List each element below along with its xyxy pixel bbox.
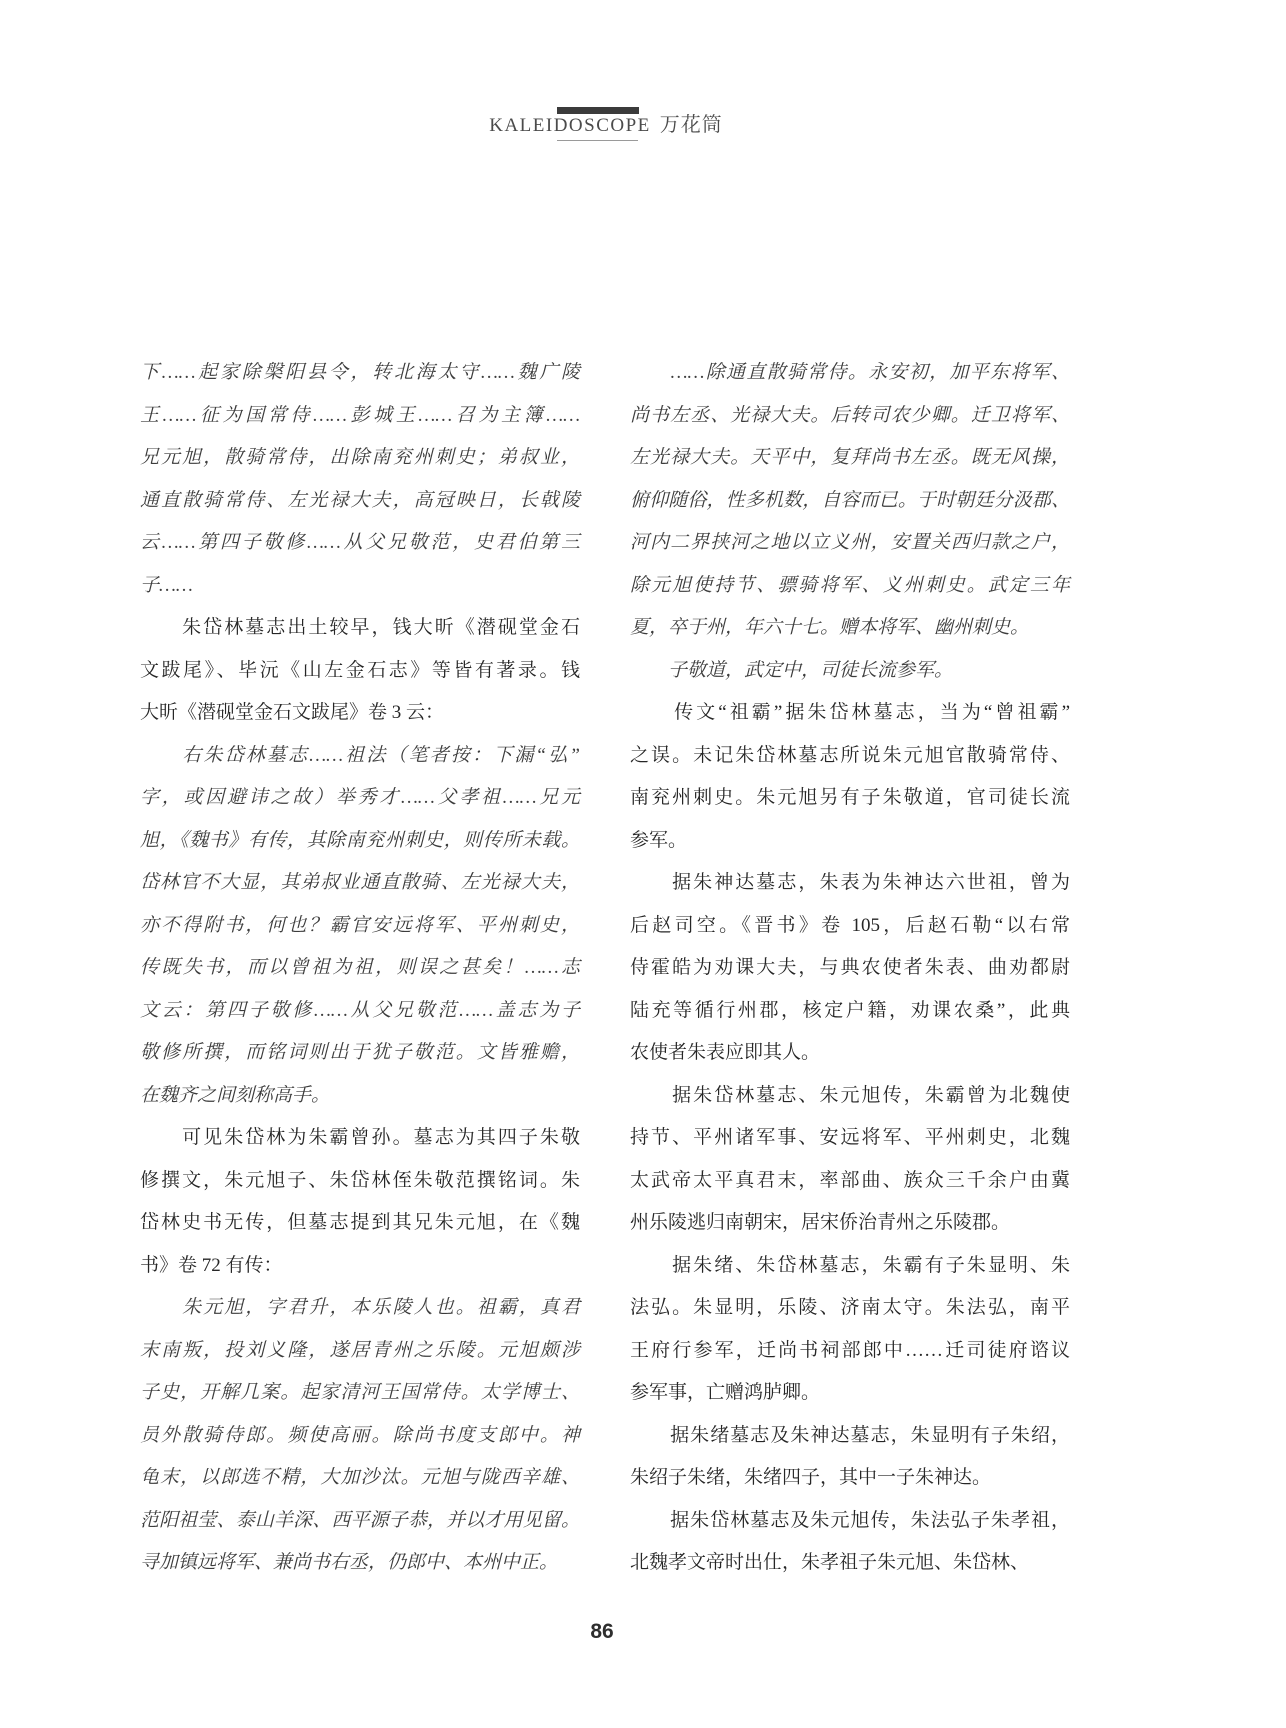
text-line: 字，或因避讳之故）举秀才……父孝祖……兄元	[140, 777, 580, 820]
text-line: 通直散骑常侍、左光禄大夫，高冠映日，长戟陵	[140, 480, 580, 523]
text-line: 传既失书，而以曾祖为祖，则误之甚矣！……志	[140, 947, 580, 990]
text-line: 持节、平州诸军事、安远将军、平州刺史，北魏	[630, 1117, 1070, 1160]
text-line: 大昕《潜砚堂金石文跋尾》卷 3 云：	[140, 692, 580, 735]
paragraph: 朱岱林墓志出土较早，钱大昕《潜砚堂金石文跋尾》、毕沅《山左金石志》等皆有著录。钱…	[140, 607, 580, 735]
header-underline	[557, 140, 638, 141]
text-line: 末南叛，投刘义隆，遂居青州之乐陵。元旭颇涉	[140, 1330, 580, 1373]
text-line: 敬修所撰，而铭词则出于犹子敬范。文皆雅赡，	[140, 1032, 580, 1075]
text-line: 农使者朱表应即其人。	[630, 1032, 1070, 1075]
text-line: 朱绍子朱绪，朱绪四子，其中一子朱神达。	[630, 1457, 1070, 1500]
paragraph: 据朱岱林墓志及朱元旭传，朱法弘子朱孝祖，北魏孝文帝时出仕，朱孝祖子朱元旭、朱岱林…	[630, 1500, 1070, 1585]
paragraph: 可见朱岱林为朱霸曾孙。墓志为其四子朱敬修撰文，朱元旭子、朱岱林侄朱敬范撰铭词。朱…	[140, 1117, 580, 1287]
text-line: 参军。	[630, 820, 1070, 863]
text-line: 兄元旭，散骑常侍，出除南兖州刺史；弟叔业，	[140, 437, 580, 480]
text-line: 岱林史书无传，但墓志提到其兄朱元旭，在《魏	[140, 1202, 580, 1245]
text-line: 子……	[140, 565, 580, 608]
journal-page: KALEIDOSCOPE万花筒 下……起家除槃阳县令，转北海太守……魏广陵王………	[0, 0, 1286, 1728]
text-line: 在魏齐之间刻称高手。	[140, 1075, 580, 1118]
paragraph: 传文“祖霸”据朱岱林墓志，当为“曾祖霸”之误。未记朱岱林墓志所说朱元旭官散骑常侍…	[630, 692, 1070, 862]
paragraph: 据朱绪、朱岱林墓志，朱霸有子朱显明、朱法弘。朱显明，乐陵、济南太守。朱法弘，南平…	[630, 1245, 1070, 1415]
text-line: 据朱岱林墓志及朱元旭传，朱法弘子朱孝祖，	[630, 1500, 1070, 1543]
text-line: 子史，开解几案。起家清河王国常侍。太学博士、	[140, 1372, 580, 1415]
text-line: 亦不得附书，何也？霸官安远将军、平州刺史，	[140, 905, 580, 948]
text-line: 据朱神达墓志，朱表为朱神达六世祖，曾为	[630, 862, 1070, 905]
text-line: 据朱岱林墓志、朱元旭传，朱霸曾为北魏使	[630, 1075, 1070, 1118]
journal-section-title: KALEIDOSCOPE万花筒	[489, 111, 723, 140]
text-line: 朱元旭，字君升，本乐陵人也。祖霸，真君	[140, 1287, 580, 1330]
paragraph: 朱元旭，字君升，本乐陵人也。祖霸，真君末南叛，投刘义隆，遂居青州之乐陵。元旭颇涉…	[140, 1287, 580, 1585]
text-line: 龟末，以郎选不精，大加沙汰。元旭与陇西辛雄、	[140, 1457, 580, 1500]
text-line: 尚书左丞、光禄大夫。后转司农少卿。迁卫将军、	[630, 395, 1070, 438]
text-line: ……除通直散骑常侍。永安初，加平东将军、	[630, 352, 1070, 395]
text-line: 据朱绪、朱岱林墓志，朱霸有子朱显明、朱	[630, 1245, 1070, 1288]
text-line: 范阳祖莹、泰山羊深、西平源子恭，并以才用见留。	[140, 1500, 580, 1543]
paragraph: 下……起家除槃阳县令，转北海太守……魏广陵王……征为国常侍……彭城王……召为主簿…	[140, 352, 580, 607]
text-line: 法弘。朱显明，乐陵、济南太守。朱法弘，南平	[630, 1287, 1070, 1330]
column-right: ……除通直散骑常侍。永安初，加平东将军、尚书左丞、光禄大夫。后转司农少卿。迁卫将…	[630, 352, 1070, 1585]
text-line: 侍霍皓为劝课大夫，与典农使者朱表、曲劝都尉	[630, 947, 1070, 990]
text-line: 文云：第四子敬修……从父兄敬范……盖志为子	[140, 990, 580, 1033]
text-line: 员外散骑侍郎。频使高丽。除尚书度支郎中。神	[140, 1415, 580, 1458]
page-number: 86	[590, 1620, 613, 1644]
column-left: 下……起家除槃阳县令，转北海太守……魏广陵王……征为国常侍……彭城王……召为主簿…	[140, 352, 580, 1585]
paragraph: 右朱岱林墓志……祖法（笔者按：下漏“弘”字，或因避讳之故）举秀才……父孝祖……兄…	[140, 735, 580, 1118]
text-line: 岱林官不大显，其弟叔业通直散骑、左光禄大夫，	[140, 862, 580, 905]
text-line: 之误。未记朱岱林墓志所说朱元旭官散骑常侍、	[630, 735, 1070, 778]
paragraph: 据朱岱林墓志、朱元旭传，朱霸曾为北魏使持节、平州诸军事、安远将军、平州刺史，北魏…	[630, 1075, 1070, 1245]
text-line: 除元旭使持节、骠骑将军、义州刺史。武定三年	[630, 565, 1070, 608]
paragraph: 子敬道，武定中，司徒长流参军。	[630, 650, 1070, 693]
section-title-chinese: 万花筒	[660, 114, 723, 136]
text-line: 文跋尾》、毕沅《山左金石志》等皆有著录。钱	[140, 650, 580, 693]
text-line: 旭，《魏书》有传，其除南兖州刺史，则传所未载。	[140, 820, 580, 863]
text-line: 书》卷 72 有传：	[140, 1245, 580, 1288]
text-line: 州乐陵逃归南朝宋，居宋侨治青州之乐陵郡。	[630, 1202, 1070, 1245]
text-line: 下……起家除槃阳县令，转北海太守……魏广陵	[140, 352, 580, 395]
text-line: 朱岱林墓志出土较早，钱大昕《潜砚堂金石	[140, 607, 580, 650]
text-line: 王府行参军，迁尚书祠部郎中……迁司徒府谘议	[630, 1330, 1070, 1373]
paragraph: 据朱绪墓志及朱神达墓志，朱显明有子朱绍，朱绍子朱绪，朱绪四子，其中一子朱神达。	[630, 1415, 1070, 1500]
text-line: 可见朱岱林为朱霸曾孙。墓志为其四子朱敬	[140, 1117, 580, 1160]
text-line: 俯仰随俗，性多机数，自容而已。于时朝廷分汲郡、	[630, 480, 1070, 523]
text-line: 左光禄大夫。天平中，复拜尚书左丞。既无风操，	[630, 437, 1070, 480]
text-line: 夏，卒于州，年六十七。赠本将军、幽州刺史。	[630, 607, 1070, 650]
text-line: 子敬道，武定中，司徒长流参军。	[630, 650, 1070, 693]
paragraph: 据朱神达墓志，朱表为朱神达六世祖，曾为后赵司空。《晋书》卷 105，后赵石勒“以…	[630, 862, 1070, 1075]
section-title-english: KALEIDOSCOPE	[489, 115, 651, 136]
text-line: 寻加镇远将军、兼尚书右丞，仍郎中、本州中正。	[140, 1542, 580, 1585]
text-line: 王……征为国常侍……彭城王……召为主簿……	[140, 395, 580, 438]
text-line: 传文“祖霸”据朱岱林墓志，当为“曾祖霸”	[630, 692, 1070, 735]
text-line: 云……第四子敬修……从父兄敬范，史君伯第三	[140, 522, 580, 565]
text-line: 修撰文，朱元旭子、朱岱林侄朱敬范撰铭词。朱	[140, 1160, 580, 1203]
text-line: 参军事，亡赠鸿胪卿。	[630, 1372, 1070, 1415]
text-line: 南兖州刺史。朱元旭另有子朱敬道，官司徒长流	[630, 777, 1070, 820]
text-line: 太武帝太平真君末，率部曲、族众三千余户由冀	[630, 1160, 1070, 1203]
text-line: 据朱绪墓志及朱神达墓志，朱显明有子朱绍，	[630, 1415, 1070, 1458]
text-line: 北魏孝文帝时出仕，朱孝祖子朱元旭、朱岱林、	[630, 1542, 1070, 1585]
text-line: 陆充等循行州郡，核定户籍，劝课农桑”，此典	[630, 990, 1070, 1033]
text-line: 河内二界挟河之地以立义州，安置关西归款之户，	[630, 522, 1070, 565]
paragraph: ……除通直散骑常侍。永安初，加平东将军、尚书左丞、光禄大夫。后转司农少卿。迁卫将…	[630, 352, 1070, 650]
text-line: 后赵司空。《晋书》卷 105，后赵石勒“以右常	[630, 905, 1070, 948]
text-line: 右朱岱林墓志……祖法（笔者按：下漏“弘”	[140, 735, 580, 778]
